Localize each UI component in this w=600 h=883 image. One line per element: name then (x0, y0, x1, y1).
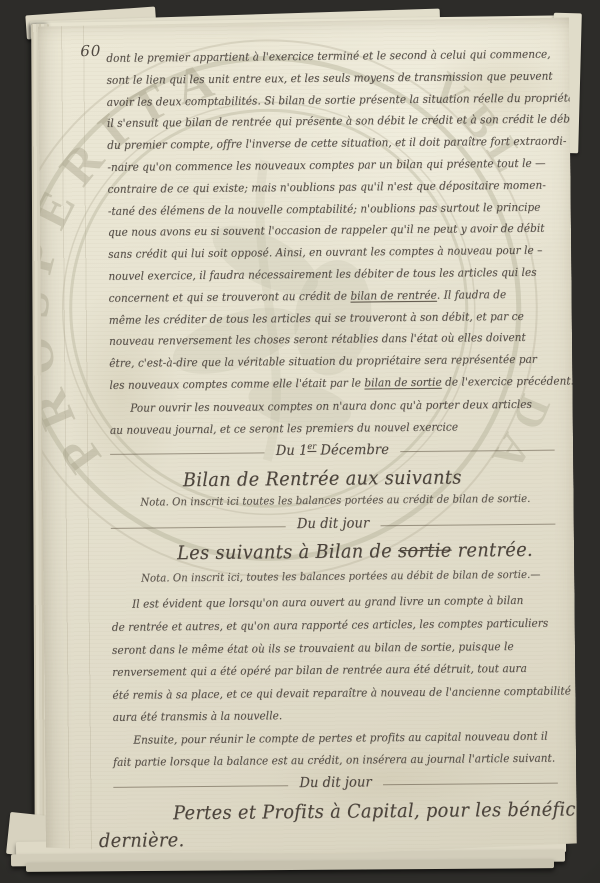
text-line: été remis à sa place, et ce qui devait r… (112, 680, 557, 707)
heading-text: Du 1er Décembre (265, 441, 401, 459)
text-segment: Pertes et Profits à Capital, pour les bé… (173, 797, 600, 824)
manuscript-sheet: PROSPERITA VBL DA 60 dont le premier app… (38, 17, 577, 860)
underlined-text-segment: bilan de sortie (364, 376, 441, 390)
entry-title-1: Bilan de Rentrée aux suivants (183, 462, 555, 496)
heading-text: Du dit jour (286, 516, 381, 533)
text-segment: il s'ensuit que bilan de rentrée qui pré… (107, 113, 578, 131)
text-line: Pour ouvrir les nouveaux comptes on n'au… (130, 393, 554, 419)
text-segment: les nouveaux comptes comme elle l'était … (109, 376, 364, 391)
text-segment: de rentrée et autres, et qu'on aura rapp… (112, 617, 549, 634)
text-segment: être, c'est-à-dire que la véritable situ… (109, 353, 537, 370)
text-segment: Les suivants à Bilan de (177, 540, 398, 564)
text-segment: dont le premier appartient à l'exercice … (106, 48, 550, 65)
text-segment: que nous avons eu si souvent l'occasion … (108, 222, 545, 239)
text-line: Pertes et Profits à Capital, pour les bé… (173, 796, 558, 827)
heading-rule-left (110, 453, 265, 455)
heading-rule-left (113, 785, 288, 788)
paragraph-2: Pour ouvrir les nouveaux comptes on n'au… (110, 393, 555, 441)
text-segment: du premier compte, offre l'inverse de ce… (107, 135, 566, 152)
entry-title-2: Les suivants à Bilan de sortie rentrée. (177, 536, 556, 568)
nota-2: Nota. On inscrit ici, toutes les balance… (141, 568, 556, 592)
text-segment: seront dans le même état où ils se trouv… (112, 640, 514, 657)
text-segment: Ensuite, pour réunir le compte de pertes… (133, 730, 547, 747)
text-segment: au nouveau journal, et ce seront les pre… (110, 420, 458, 436)
text-segment: été remis à sa place, et ce qui devait r… (112, 684, 571, 701)
text-segment: . Il faudra de (437, 288, 507, 302)
text-segment: Du dit jour (299, 774, 372, 791)
text-segment: -tané des élémens de la nouvelle comptab… (108, 200, 541, 217)
text-segment: Nota. On inscrit ici, toutes les balance… (141, 568, 541, 585)
text-segment: même les créditer de tous les articles q… (109, 309, 524, 326)
text-segment: dernière. (99, 829, 185, 852)
text-segment: Bilan de Rentrée aux suivants (183, 467, 462, 492)
text-segment: nouvel exercice, il faudra nécessairemen… (108, 266, 536, 283)
page-number: 60 (80, 42, 101, 60)
text-segment: aura été transmis à la nouvelle. (113, 710, 283, 725)
text-segment: fait partie lorsque la balance est au cr… (113, 752, 555, 769)
text-segment: -naire qu'on commence les nouveaux compt… (107, 157, 545, 174)
paragraph-3: Il est évident que lorsqu'on aura ouvert… (111, 590, 557, 730)
heading-rule-left (111, 527, 286, 530)
underlined-text-segment: bilan de rentrée (350, 289, 437, 303)
text-segment: Il est évident que lorsqu'on aura ouvert… (132, 594, 523, 611)
text-segment: sont le lien qui les unit entre eux, et … (106, 69, 552, 86)
text-segment: renversement qui a été opéré par bilan d… (112, 662, 527, 679)
struck-text-segment: sortie (398, 540, 452, 563)
text-line: les nouveaux comptes comme elle l'était … (109, 371, 554, 397)
scan-background: PROSPERITA VBL DA 60 dont le premier app… (0, 0, 600, 883)
underlined-text-segment: er (307, 442, 316, 452)
text-segment: Du 1 (276, 443, 308, 459)
text-segment: de l'exercice précédent. (442, 374, 574, 388)
text-segment: contraire de ce qui existe; mais n'oubli… (108, 178, 546, 195)
heading-rule-right (383, 782, 558, 785)
paragraph-4: Ensuite, pour réunir le compte de pertes… (113, 726, 558, 775)
heading-rule-right (380, 524, 555, 527)
date-heading-3: Du dit jour (113, 772, 558, 798)
nota-1: Nota. On inscrit ici toutes les balances… (140, 492, 555, 516)
heading-text: Du dit jour (288, 774, 383, 791)
paragraph-1: dont le premier appartient à l'exercice … (106, 44, 554, 397)
paper-creases (52, 22, 106, 860)
text-segment: Décembre (316, 442, 389, 459)
text-segment: Du dit jour (297, 516, 370, 533)
entry-title-3: Pertes et Profits à Capital, pour les bé… (113, 796, 558, 854)
text-segment: Nota. On inscrit ici toutes les balances… (140, 492, 530, 509)
text-segment: sans crédit qui lui soit opposé. Ainsi, … (108, 244, 542, 261)
text-segment: avoir les deux comptabilités. Si bilan d… (107, 91, 593, 109)
text-segment: rentrée. (452, 539, 534, 562)
text-line: au nouveau journal, et ce seront les pre… (110, 415, 555, 441)
text-line: fait partie lorsque la balance est au cr… (113, 748, 558, 775)
text-segment: nouveau renversement les choses seront r… (109, 331, 526, 348)
text-segment: concernent et qui se trouveront au crédi… (109, 289, 351, 304)
text-segment: Pour ouvrir les nouveaux comptes on n'au… (130, 398, 532, 415)
heading-rule-right (400, 450, 555, 452)
manuscript-text: dont le premier appartient à l'exercice … (106, 44, 558, 855)
